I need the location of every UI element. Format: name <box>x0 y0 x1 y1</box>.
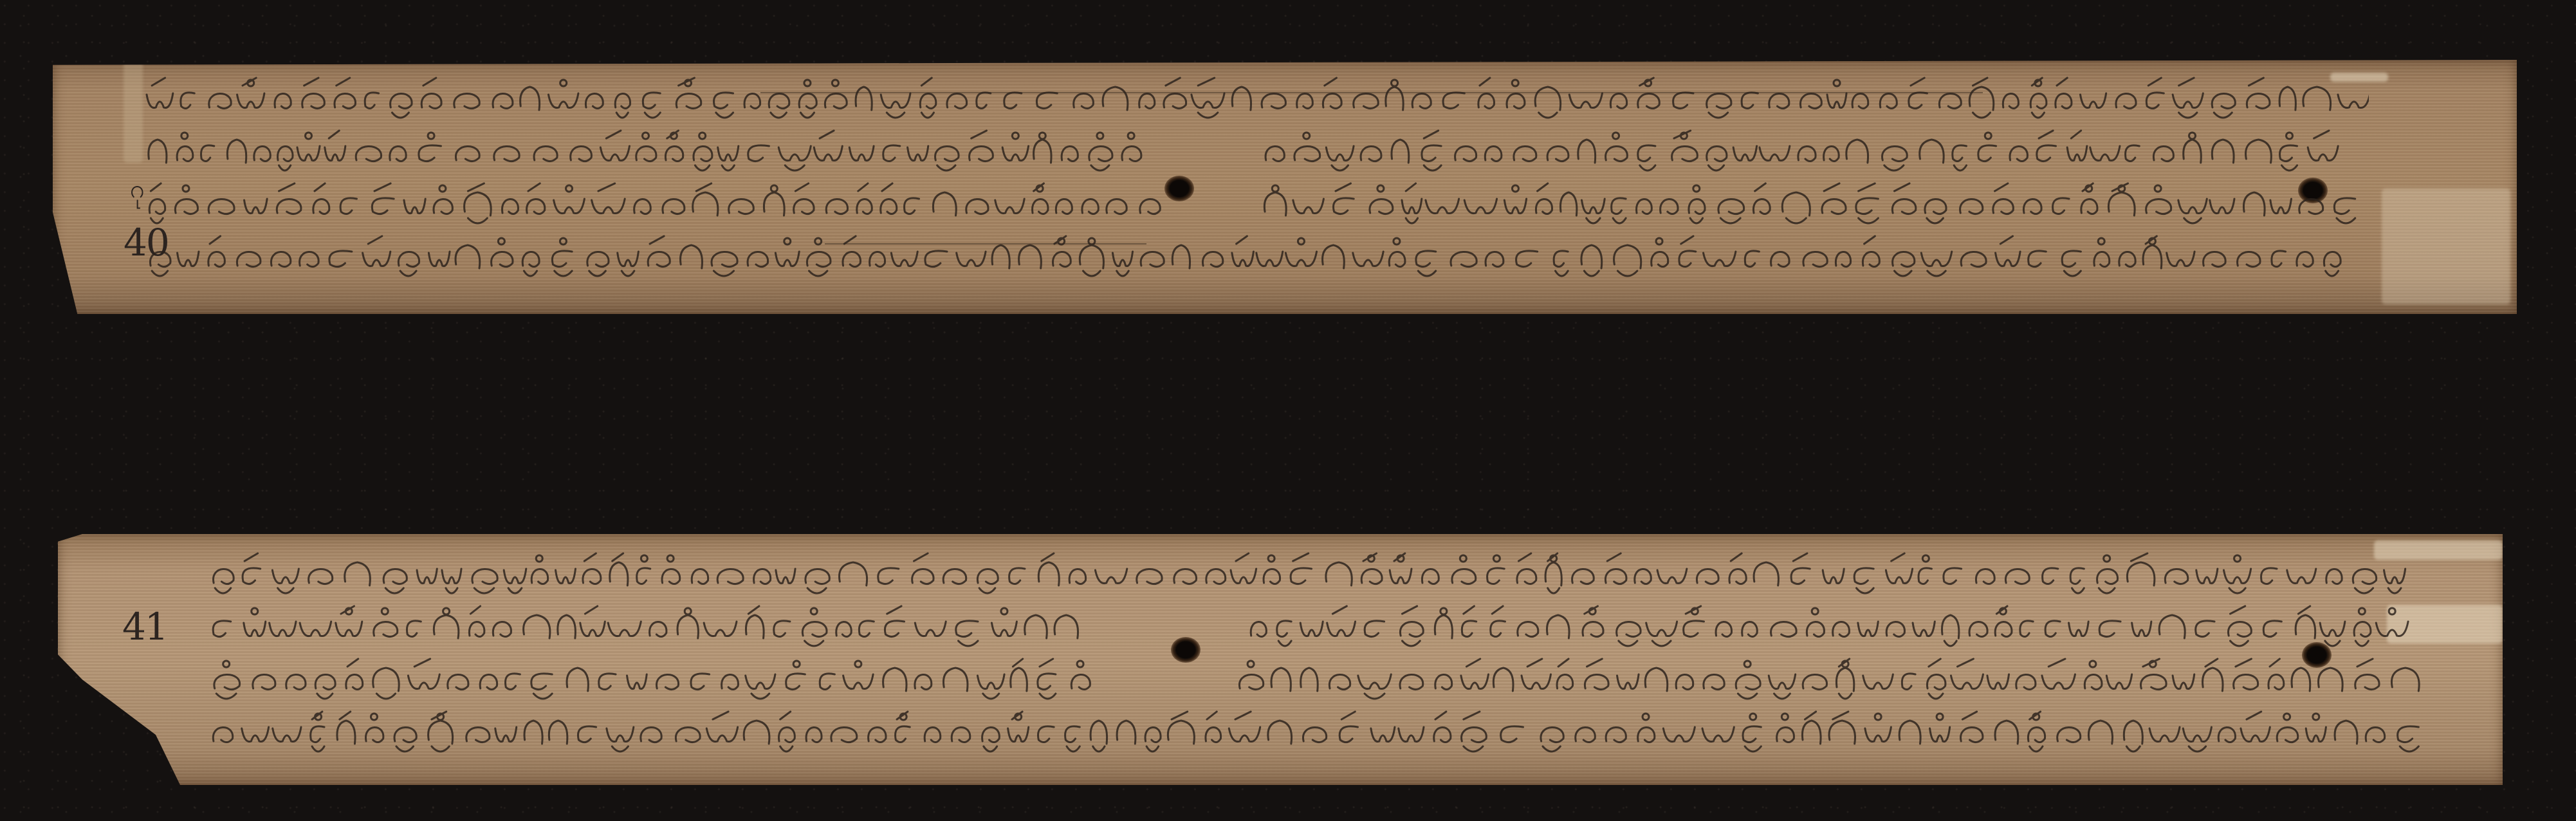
manuscript-line-2: ဥ္ဆာဦ ဟို ပြဂ္ဂိမ္ ပုမ် ................… <box>206 601 2425 652</box>
palm-leaf-bottom: 41 ဘွာဝုတ္ထဝိ ယာယ ဗ်ိက္ခ္ထ မဒ္ဒွယ ......… <box>58 534 2503 785</box>
script-strokes <box>143 125 2369 177</box>
script-strokes <box>206 601 2425 652</box>
manuscript-line-3: ယဲ ဝြ္ယ ဂ်ု ဇ္ဇိုး .....................… <box>206 654 2425 705</box>
worn-patch <box>2382 189 2510 304</box>
script-strokes <box>206 706 2425 758</box>
script-strokes <box>143 178 2369 230</box>
manuscript-line-3: ခြိုင်ကို ဖွဲ ..........................… <box>143 178 2369 230</box>
script-strokes <box>206 654 2425 705</box>
folio-number: 41 <box>122 605 167 649</box>
script-strokes <box>206 548 2425 600</box>
manuscript-line-4: ဟ်တော်ကုဒ္ဒိန်း ကမ္မ ဝိပဒ္ဒိ ...........… <box>143 231 2369 282</box>
manuscript-line-1: ဘွာဝုတ္ထဝိ ယာယ ဗ်ိက္ခ္ထ မဒ္ဒွယ .........… <box>206 548 2425 600</box>
manuscript-line-2: ပြုဂိုလ်ဗျာ ဂွဲသိ ပွ ...................… <box>143 125 2369 177</box>
palm-leaf-top: ဂု 40 ဣတ္ထိမဗုဒ္ဓယာ ဘို့တို့ ငြိ .......… <box>53 60 2517 314</box>
manuscript-line-1: ဣတ္ထိမဗုဒ္ဓယာ ဘို့တို့ ငြိ .............… <box>143 73 2369 124</box>
manuscript-line-4: မြုလက ကြိုင် ဂွဲ .......................… <box>206 706 2425 758</box>
script-strokes <box>143 73 2369 124</box>
script-strokes <box>143 231 2369 282</box>
worn-patch <box>124 60 143 163</box>
